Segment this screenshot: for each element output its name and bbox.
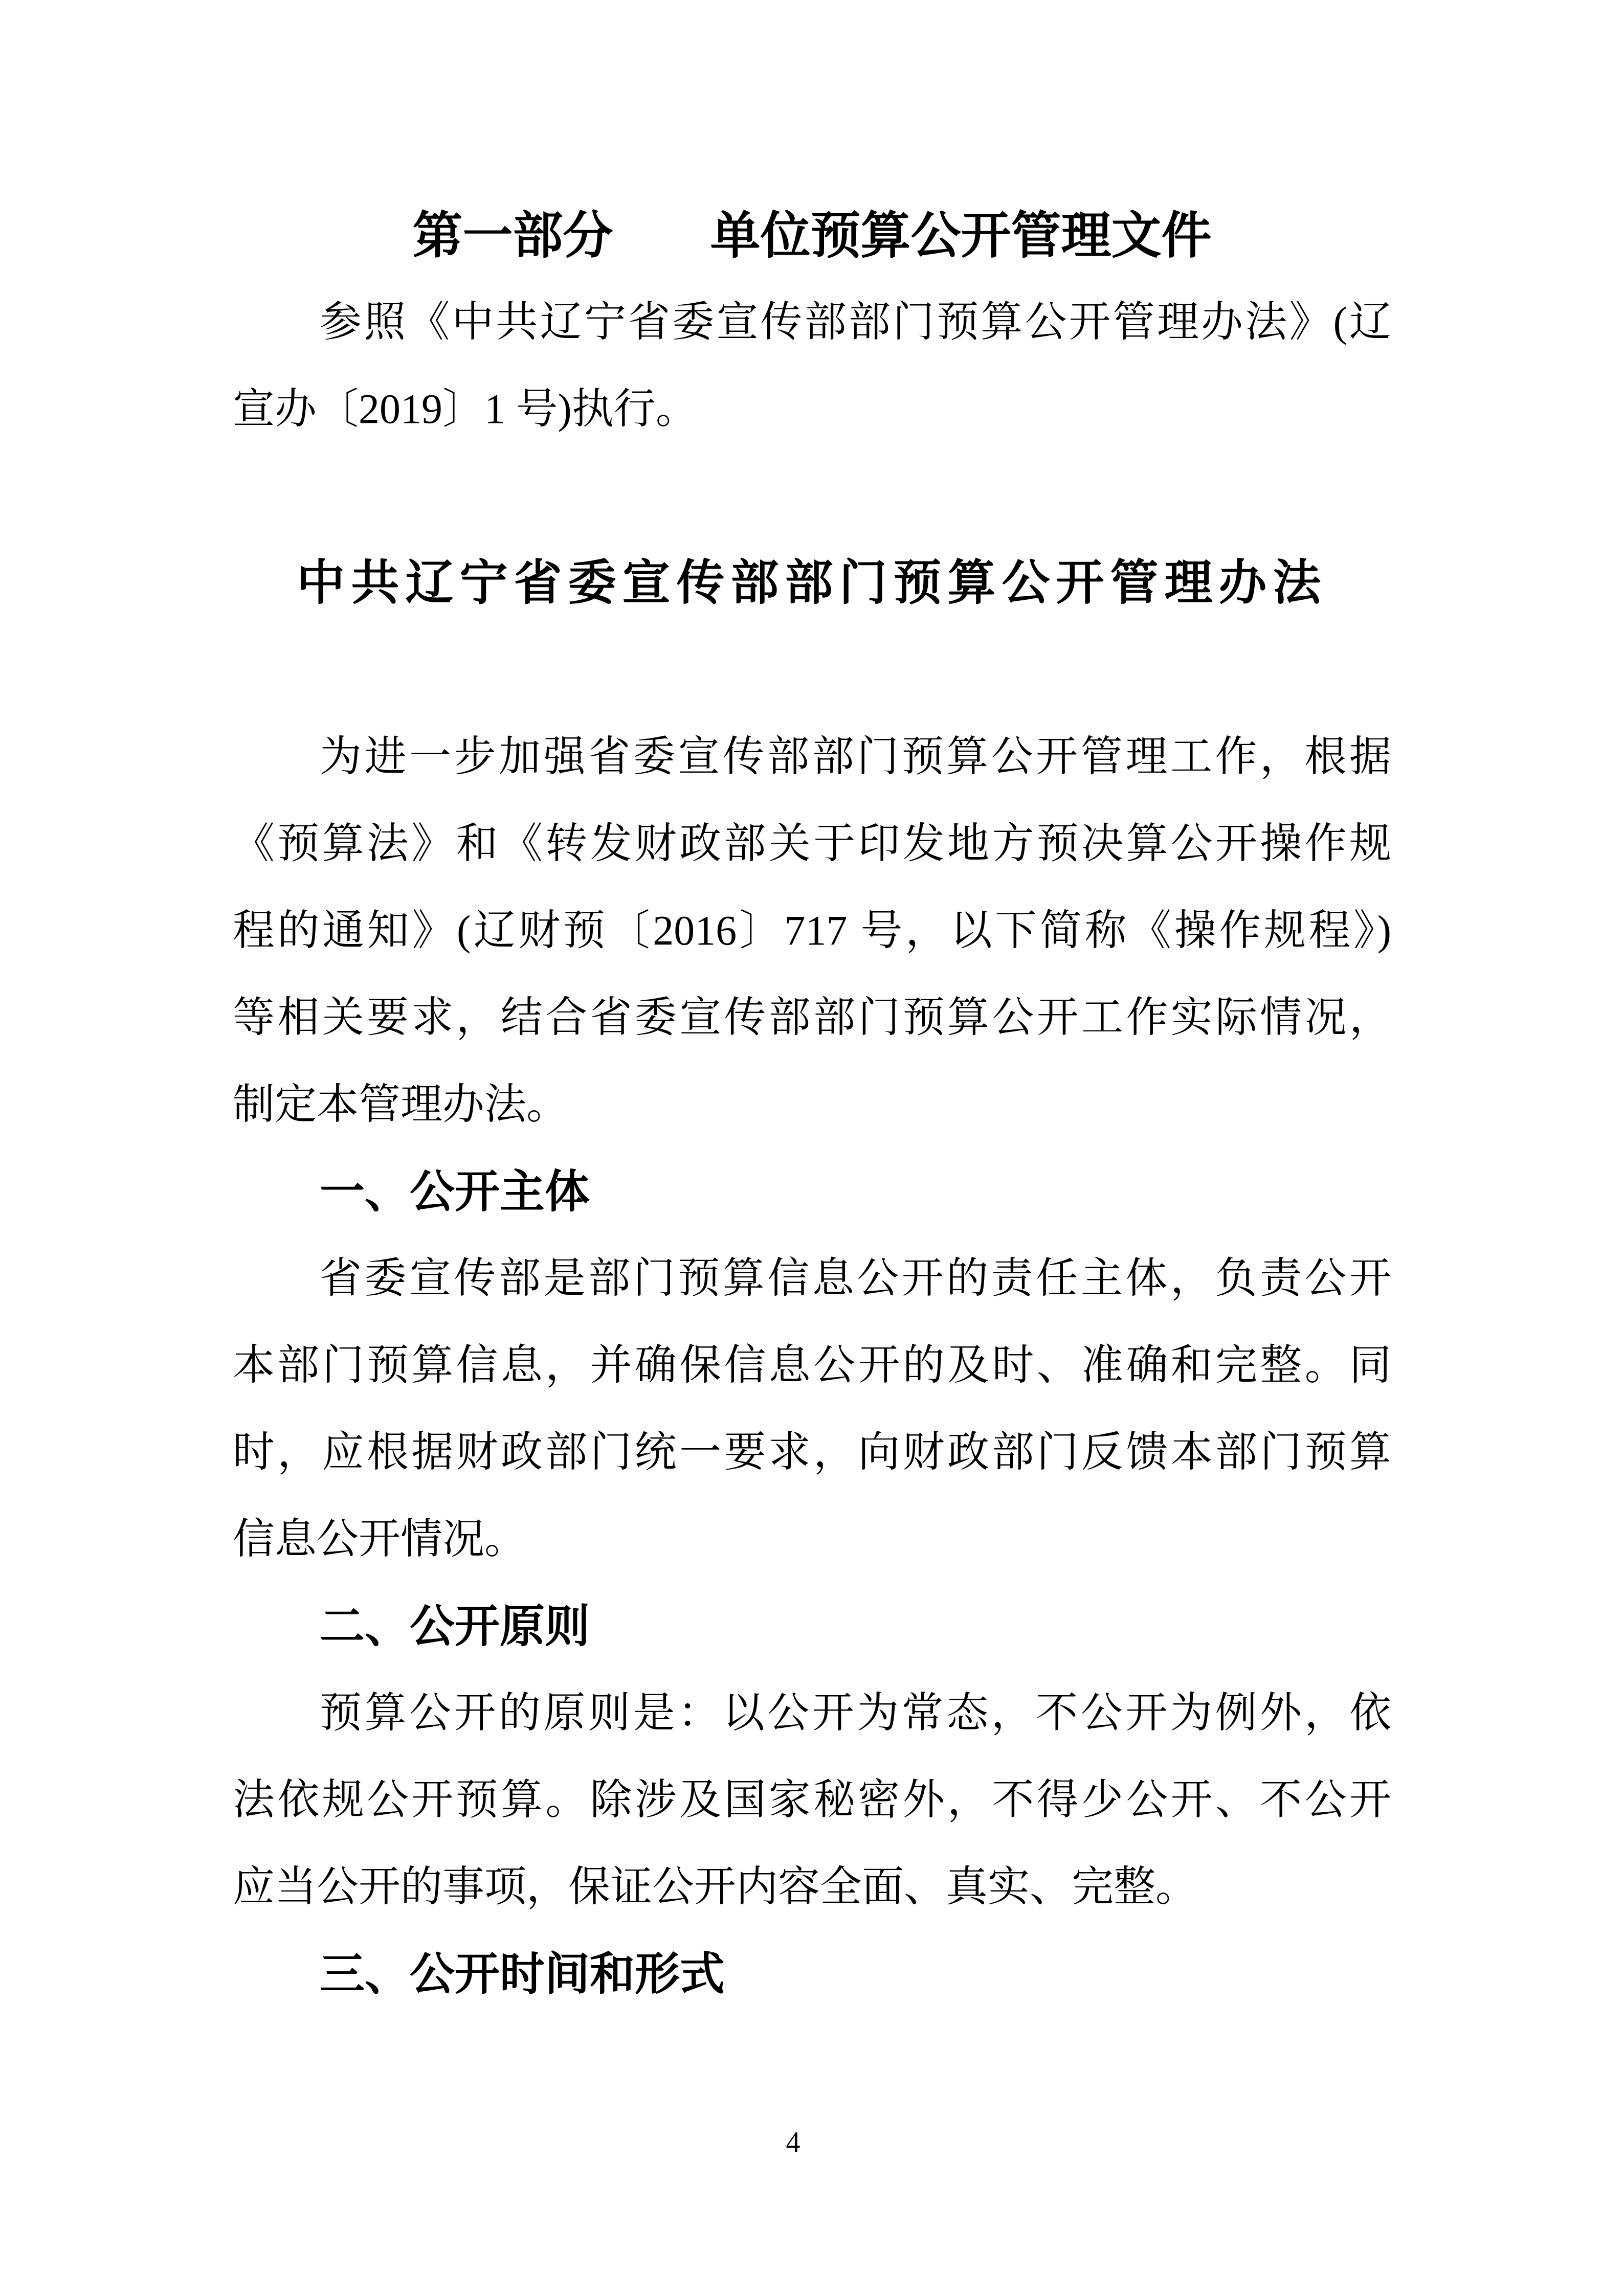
document-title: 中共辽宁省委宣传部部门预算公开管理办法: [233, 539, 1391, 626]
section-2-line: 预算公开的原则是：以公开为常态，不公开为例外，依: [233, 1670, 1391, 1757]
section-1-line: 省委宣传部是部门预算信息公开的责任主体，负责公开: [233, 1235, 1391, 1322]
document-page: 第一部分单位预算公开管理文件 参照《中共辽宁省委宣传部部门预算公开管理办法》(辽…: [0, 0, 1624, 2296]
section-heading-2: 二、公开原则: [233, 1583, 1391, 1670]
spacer: [233, 453, 1391, 539]
opening-line: 《预算法》和《转发财政部关于印发地方预决算公开操作规: [233, 800, 1391, 887]
part-header: 第一部分单位预算公开管理文件: [233, 192, 1391, 279]
spacer: [233, 626, 1391, 713]
part-title: 单位预算公开管理文件: [710, 207, 1212, 263]
section-1-line: 本部门预算信息，并确保信息公开的及时、准确和完整。同: [233, 1322, 1391, 1409]
section-heading-3: 三、公开时间和形式: [233, 1930, 1391, 2017]
part-label: 第一部分: [412, 207, 613, 263]
section-1-line: 信息公开情况。: [233, 1496, 1391, 1583]
intro-line: 宣办〔2019〕1 号)执行。: [233, 366, 1391, 453]
opening-line: 程的通知》(辽财预〔2016〕717 号，以下简称《操作规程》): [233, 887, 1391, 974]
page-number: 4: [0, 2126, 1624, 2159]
opening-line: 等相关要求，结合省委宣传部部门预算公开工作实际情况，: [233, 974, 1391, 1061]
section-2-line: 应当公开的事项，保证公开内容全面、真实、完整。: [233, 1843, 1391, 1930]
section-1-line: 时，应根据财政部门统一要求，向财政部门反馈本部门预算: [233, 1409, 1391, 1496]
opening-line: 制定本管理办法。: [233, 1061, 1391, 1148]
section-heading-1: 一、公开主体: [233, 1148, 1391, 1235]
intro-line: 参照《中共辽宁省委宣传部部门预算公开管理办法》(辽: [233, 279, 1391, 366]
section-2-line: 法依规公开预算。除涉及国家秘密外，不得少公开、不公开: [233, 1757, 1391, 1843]
opening-line: 为进一步加强省委宣传部部门预算公开管理工作，根据: [233, 713, 1391, 800]
page-content: 第一部分单位预算公开管理文件 参照《中共辽宁省委宣传部部门预算公开管理办法》(辽…: [233, 192, 1391, 2017]
